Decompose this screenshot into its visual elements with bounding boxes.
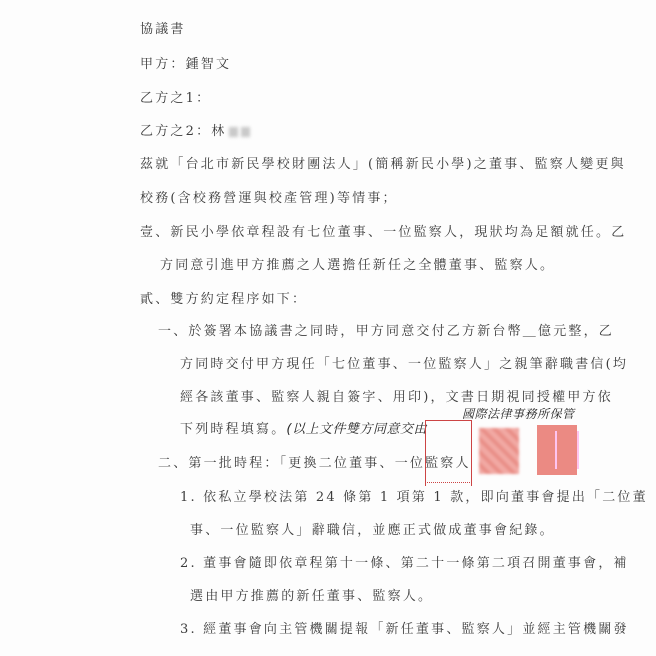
section1-line-1: 壹、新民小學依章程設有七位董事、一位監察人，現狀均為足額就任。乙 [140,221,626,240]
sub1-line-2: 事、一位監察人」辭職信，並應正式做成董事會紀錄。 [190,519,555,538]
party-a: 甲方：鍾智文 [140,53,231,72]
party-b1: 乙方之1： [140,87,211,106]
sub2-line-1: 2. 董事會隨即依章程第十一條、第二十一條第二項召開董事會，補 [180,552,629,571]
party-b2-label: 乙方之2：林 [140,124,226,139]
intro-line-1: 茲就「台北市新民學校財團法人」(簡稱新民小學)之董事、監察人變更與 [140,153,626,172]
handwritten-signature: 國際法律事務所保管 [462,405,575,422]
item1-line-1: 一、於簽署本協議書之同時，甲方同意交付乙方新台幣＿億元整，乙 [158,320,614,339]
section1-line-2: 方同意引進甲方推薦之人選擔任新任之全體董事、監察人。 [160,254,555,273]
section2-heading: 貳、雙方約定程序如下： [140,288,307,307]
seal-glyph [555,431,579,469]
sub2-line-2: 選由甲方推薦的新任董事、監察人。 [190,585,433,604]
document-page: 協議書 甲方：鍾智文 乙方之1： 乙方之2：林 茲就「台北市新民學校財團法人」(… [0,0,656,656]
item1-line-3: 經各該董事、監察人親自簽字、用印)，文書日期視同授權甲方依 [180,386,613,405]
item1-line-2: 方同時交付甲方現任「七位董事、一位監察人」之親筆辭職書信(均 [180,353,628,372]
intro-line-2: 校務(含校務營運與校產管理)等情事； [140,187,398,206]
red-seal-stamp [537,425,577,475]
sub3-line-1: 3. 經董事會向主管機關提報「新任董事、監察人」並經主管機關發 [180,618,629,637]
handwritten-bracket-bottom [425,482,470,483]
red-seal-stamp [479,428,519,474]
document-title: 協議書 [140,18,186,37]
item1-line-4: 下列時程填寫。(以上文件雙方同意交由 [180,418,427,437]
handwritten-note: (以上文件雙方同意交由 [286,422,427,437]
redacted-name [241,127,250,137]
item2-line-1: 二、第一批時程：「更換二位董事、一位監察人 [158,452,471,471]
item1-line-4-print: 下列時程填寫。 [180,422,286,437]
redacted-name [229,127,238,137]
sub1-line-1: 1. 依私立學校法第 24 條第 1 項第 1 款，即向董事會提出「二位董 [180,486,648,505]
party-b2: 乙方之2：林 [140,120,250,139]
